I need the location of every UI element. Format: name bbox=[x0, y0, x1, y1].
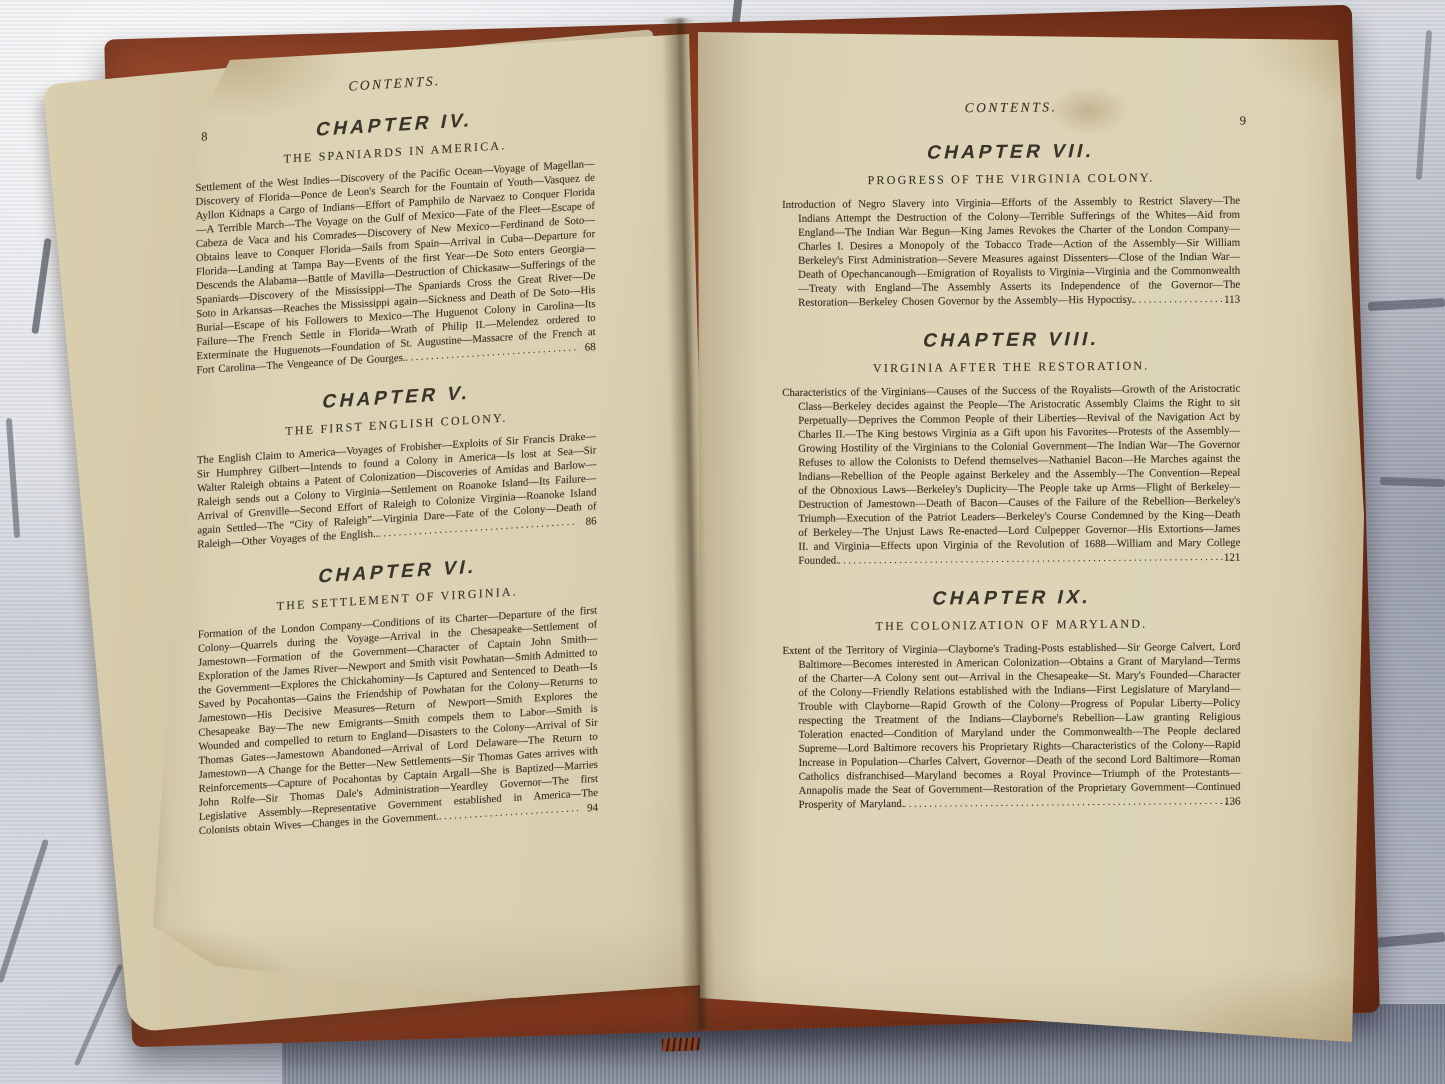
left-page-content: CONTENTS. 8 CHAPTER IV. THE SPANIARDS IN… bbox=[195, 64, 598, 840]
wall-crevice-mark bbox=[1416, 30, 1432, 180]
chapter-page-ref: 121 bbox=[1231, 551, 1241, 565]
chapter-heading-text: CHAPTER VIII. bbox=[921, 329, 1102, 353]
chapter-summary-text: Formation of the London Company—Conditio… bbox=[198, 604, 598, 837]
chapter-heading: CHAPTER VII. bbox=[782, 140, 1240, 166]
page-number-folio: 8 bbox=[201, 129, 207, 144]
page-number-folio: 9 bbox=[1240, 114, 1246, 129]
wall-crevice-mark bbox=[0, 839, 49, 984]
toc-chapter: CHAPTER IX. THE COLONIZATION OF MARYLAND… bbox=[782, 586, 1240, 813]
chapter-heading-text: CHAPTER IX. bbox=[930, 587, 1094, 611]
running-head: CONTENTS. bbox=[782, 98, 1240, 118]
toc-chapter: CHAPTER V. THE FIRST ENGLISH COLONY. The… bbox=[197, 375, 597, 553]
left-page: CONTENTS. 8 CHAPTER IV. THE SPANIARDS IN… bbox=[95, 26, 763, 1040]
wall-crevice-mark bbox=[1380, 477, 1445, 487]
running-head: CONTENTS. bbox=[195, 64, 594, 104]
chapter-page-ref: 68 bbox=[576, 340, 596, 355]
chapter-page-ref: 136 bbox=[1231, 795, 1241, 809]
chapter-heading-text: CHAPTER IV. bbox=[314, 110, 475, 142]
chapter-page-ref: 94 bbox=[578, 801, 598, 816]
chapter-summary-entry: Extent of the Territory of Virginia—Clay… bbox=[782, 640, 1240, 813]
binding-stitches bbox=[662, 1037, 700, 1051]
chapter-subtitle: VIRGINIA AFTER THE RESTORATION. bbox=[782, 358, 1240, 377]
wall-crevice-mark bbox=[6, 418, 20, 538]
toc-chapter: CHAPTER VII. PROGRESS OF THE VIRGINIA CO… bbox=[782, 140, 1240, 311]
chapter-summary-text: Introduction of Negro Slavery into Virgi… bbox=[782, 195, 1240, 309]
chapter-summary-text: Extent of the Territory of Virginia—Clay… bbox=[782, 641, 1240, 811]
chapter-summary-entry: Characteristics of the Virginians—Causes… bbox=[782, 382, 1240, 569]
wall-crevice-mark bbox=[1368, 298, 1445, 311]
photo-scene: CONTENTS. 8 CHAPTER IV. THE SPANIARDS IN… bbox=[0, 0, 1445, 1084]
wall-crevice-mark bbox=[1372, 932, 1445, 948]
chapter-page-ref: 86 bbox=[577, 514, 597, 529]
chapter-heading-text: CHAPTER V. bbox=[320, 383, 473, 414]
toc-chapter: CHAPTER VI. THE SETTLEMENT OF VIRGINIA. … bbox=[198, 549, 599, 839]
chapter-subtitle: PROGRESS OF THE VIRGINIA COLONY. bbox=[782, 170, 1240, 189]
chapter-heading-text: CHAPTER VII. bbox=[925, 141, 1097, 165]
chapter-summary-entry: The English Claim to America—Voyages of … bbox=[197, 429, 597, 553]
chapter-summary-text: Characteristics of the Virginians—Causes… bbox=[782, 383, 1240, 567]
right-page-content: CONTENTS. 9 CHAPTER VII. PROGRESS OF THE… bbox=[782, 98, 1241, 813]
chapter-subtitle: THE COLONIZATION OF MARYLAND. bbox=[782, 616, 1240, 635]
toc-chapter: CHAPTER VIII. VIRGINIA AFTER THE RESTORA… bbox=[782, 328, 1240, 569]
right-page: CONTENTS. 9 CHAPTER VII. PROGRESS OF THE… bbox=[688, 16, 1390, 1066]
wall-crevice-mark bbox=[31, 238, 51, 334]
chapter-page-ref: 113 bbox=[1231, 293, 1240, 307]
toc-chapter: CHAPTER IV. THE SPANIARDS IN AMERICA. Se… bbox=[195, 103, 596, 379]
chapter-summary-entry: Formation of the London Company—Conditio… bbox=[198, 603, 598, 839]
chapter-heading: CHAPTER IX. bbox=[782, 586, 1240, 612]
chapter-heading-text: CHAPTER VI. bbox=[316, 557, 479, 589]
wall-crevice-mark bbox=[74, 964, 123, 1067]
chapter-heading: CHAPTER VIII. bbox=[782, 328, 1240, 354]
chapter-summary-entry: Introduction of Negro Slavery into Virgi… bbox=[782, 194, 1240, 311]
chapter-summary-entry: Settlement of the West Indies—Discovery … bbox=[195, 157, 595, 379]
